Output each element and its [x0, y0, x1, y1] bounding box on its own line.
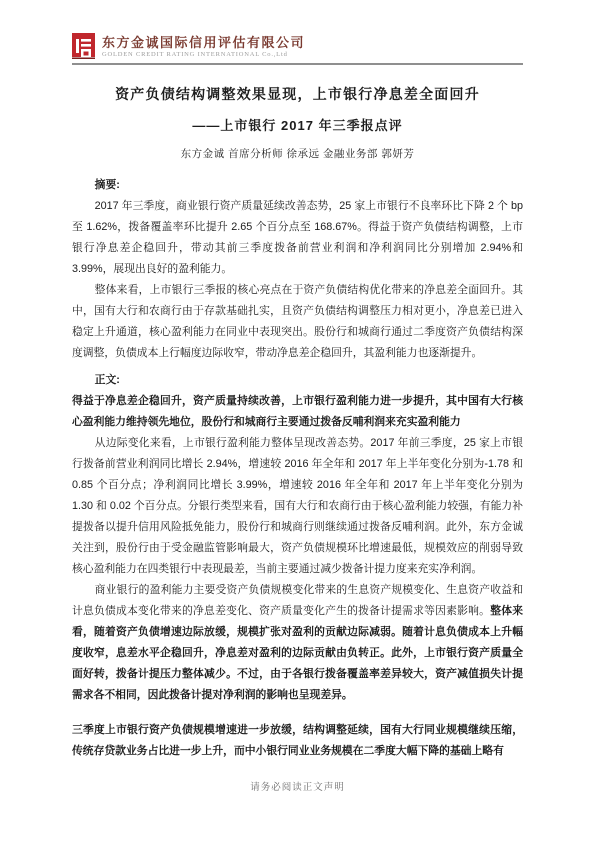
report-title: 资产负债结构调整效果显现，上市银行净息差全面回升	[72, 85, 523, 103]
main-paragraph-2-regular: 商业银行的盈利能力主要受资产负债规模变化带来的生息资产规模变化、生息资产收益和计…	[72, 584, 523, 617]
company-name-block: 东方金诚国际信用评估有限公司 GOLDEN CREDIT RATING INTE…	[102, 33, 305, 59]
company-logo-icon	[72, 33, 95, 59]
footer-disclaimer: 请务必阅读正文声明	[0, 779, 595, 793]
authors-line: 东方金诚 首席分析师 徐承远 金融业务部 郭妍芳	[72, 147, 523, 161]
report-subtitle: ——上市银行 2017 年三季报点评	[72, 117, 523, 134]
page-header: 东方金诚国际信用评估有限公司 GOLDEN CREDIT RATING INTE…	[72, 33, 523, 65]
main-paragraph-1: 从边际变化来看，上市银行盈利能力整体呈现改善态势。2017 年前三季度，25 家…	[72, 433, 523, 580]
main-paragraph-2-bold: 整体来看，随着资产负债增速边际放缓，规模扩张对盈利的贡献边际减弱。随着计息负债成…	[72, 605, 523, 701]
company-name-cn: 东方金诚国际信用评估有限公司	[102, 35, 305, 50]
abstract-paragraph-1: 2017 年三季度，商业银行资产质量延续改善态势，25 家上市银行不良率环比下降…	[72, 196, 523, 280]
main-label: 正文:	[72, 370, 523, 391]
main-heading-2: 三季度上市银行资产负债规模增速进一步放缓，结构调整延续，国有大行同业规模继续压缩…	[72, 720, 523, 762]
abstract-label: 摘要:	[72, 175, 523, 196]
page-content: 东方金诚国际信用评估有限公司 GOLDEN CREDIT RATING INTE…	[0, 0, 595, 762]
main-paragraph-2: 商业银行的盈利能力主要受资产负债规模变化带来的生息资产规模变化、生息资产收益和计…	[72, 580, 523, 706]
report-page: 东方金诚国际信用评估有限公司 GOLDEN CREDIT RATING INTE…	[0, 0, 595, 842]
main-heading-1: 得益于净息差企稳回升，资产质量持续改善，上市银行盈利能力进一步提升，其中国有大行…	[72, 391, 523, 433]
abstract-paragraph-2: 整体来看，上市银行三季报的核心亮点在于资产负债结构优化带来的净息差全面回升。其中…	[72, 280, 523, 364]
company-name-en: GOLDEN CREDIT RATING INTERNATIONAL Co.,L…	[102, 51, 305, 59]
